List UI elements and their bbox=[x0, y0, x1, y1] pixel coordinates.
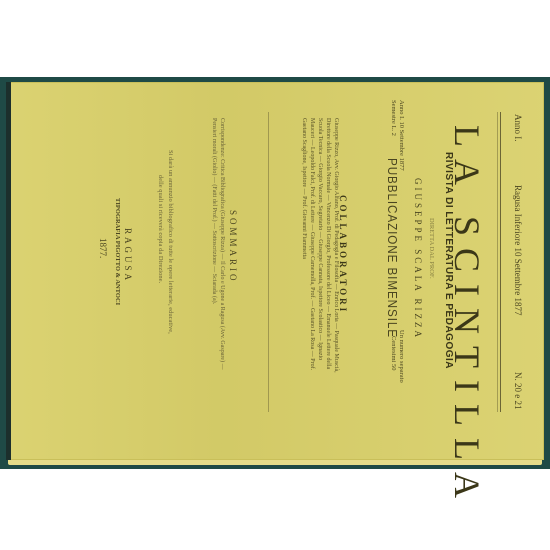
publication-frequency: PUBBLICAZIONE BIMENSILE bbox=[385, 158, 400, 338]
directed-by: DIRETTA DAL PROF. bbox=[428, 218, 435, 279]
editor-name: GIUSEPPE SCALA RIZZA bbox=[413, 178, 423, 340]
price-note-2: Centesimi 50 bbox=[390, 336, 397, 370]
footer-note-2: delle quali si riceverà copia da Direzio… bbox=[157, 175, 164, 283]
summary-heading: SOMMARIO bbox=[228, 210, 238, 284]
section-divider bbox=[268, 112, 269, 412]
price-note-1: Un numero separato bbox=[398, 330, 405, 383]
header-rule bbox=[500, 112, 501, 412]
printer-city: RAGUSA bbox=[123, 228, 133, 283]
footer-note-1: Si darà un annunzio bibliografico di tut… bbox=[167, 150, 174, 334]
subscription-note-2: Semestre L. 2 bbox=[390, 100, 397, 136]
page-edge-shadow bbox=[6, 82, 11, 460]
header-rule-double bbox=[497, 112, 498, 412]
issue-number: N. 20 e 21 bbox=[513, 372, 523, 410]
place-date: Ragusa Inferiore 10 Settembre 1877 bbox=[513, 185, 523, 315]
collaborators-list: Giuseppe Rizzo, Avv. Giorgio Alfano, Pro… bbox=[300, 118, 340, 373]
masthead-subtitle: RIVISTA DI LETTERATURA E PEDAGOGIA bbox=[443, 152, 454, 369]
summary-text: Corrispondenze: Critica Bibliografica (G… bbox=[210, 118, 226, 378]
publication-year: 1877. bbox=[98, 238, 108, 258]
volume-label: Anno I. bbox=[513, 114, 523, 142]
printer-name: TIPOGRAFIA PIGOTTO & ANTOCI bbox=[114, 198, 121, 305]
